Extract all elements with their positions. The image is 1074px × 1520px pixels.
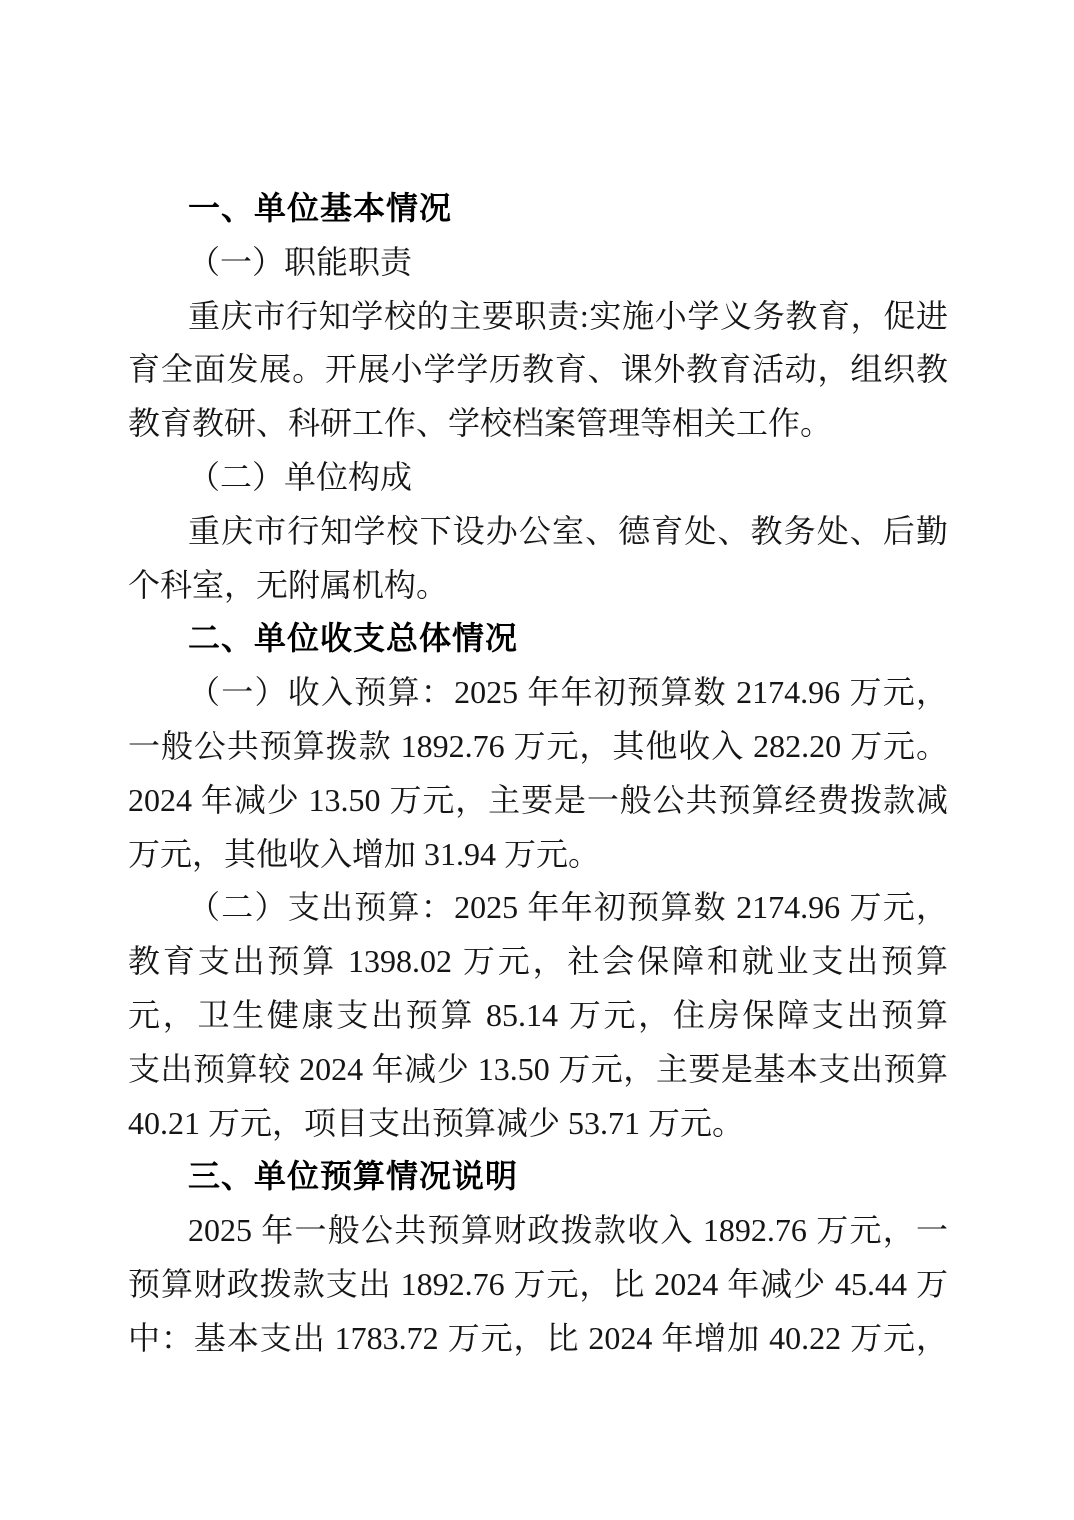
document-page: 一、单位基本情况 （一）职能职责 重庆市行知学校的主要职责:实施小学义务教育，促… bbox=[0, 0, 1074, 1520]
paragraph-line: （二）支出预算：2025 年年初预算数 2174.96 万元，其中： bbox=[128, 881, 948, 935]
subsection-lead-expenditure-budget: （二）支出预算： bbox=[188, 889, 454, 925]
paragraph-line: 一般公共预算拨款 1892.76 万元，其他收入 282.20 万元。收入较 bbox=[128, 720, 948, 774]
paragraph-line: 重庆市行知学校的主要职责:实施小学义务教育，促进基础教 bbox=[128, 290, 948, 344]
paragraph-line: 2025 年一般公共预算财政拨款收入 1892.76 万元，一般公共 bbox=[128, 1204, 948, 1258]
paragraph-line: 元，卫生健康支出预算 85.14 万元，住房保障支出预算 87.65 万元。 bbox=[128, 989, 948, 1043]
paragraph-line: 教育教研、科研工作、学校档案管理等相关工作。 bbox=[128, 397, 948, 451]
paragraph-line: （一）收入预算：2025 年年初预算数 2174.96 万元，其中： bbox=[128, 666, 948, 720]
paragraph-line: 中：基本支出 1783.72 万元，比 2024 年增加 40.22 万元，主要… bbox=[128, 1312, 948, 1366]
subsection-heading-1-1: （一）职能职责 bbox=[128, 236, 948, 290]
paragraph-line: 重庆市行知学校下设办公室、德育处、教务处、后勤处四个 bbox=[128, 505, 948, 559]
subsection-heading-1-2: （二）单位构成 bbox=[128, 451, 948, 505]
section-heading-2: 二、单位收支总体情况 bbox=[128, 612, 948, 666]
section-heading-1: 一、单位基本情况 bbox=[128, 182, 948, 236]
paragraph-line: 育全面发展。开展小学学历教育、课外教育活动，组织教师开展 bbox=[128, 343, 948, 397]
paragraph-line: 教育支出预算 1398.02 万元，社会保障和就业支出预算 321.96 万 bbox=[128, 935, 948, 989]
paragraph-line: 支出预算较 2024 年减少 13.50 万元，主要是基本支出预算增加 bbox=[128, 1043, 948, 1097]
section-heading-3: 三、单位预算情况说明 bbox=[128, 1150, 948, 1204]
paragraph-line: 预算财政拨款支出 1892.76 万元，比 2024 年减少 45.44 万元。… bbox=[128, 1258, 948, 1312]
paragraph-line: 个科室，无附属机构。 bbox=[128, 559, 948, 613]
paragraph-line: 万元，其他收入增加 31.94 万元。 bbox=[128, 828, 948, 882]
paragraph-line: 40.21 万元，项目支出预算减少 53.71 万元。 bbox=[128, 1097, 948, 1151]
document-body: 一、单位基本情况 （一）职能职责 重庆市行知学校的主要职责:实施小学义务教育，促… bbox=[128, 182, 948, 1366]
paragraph-line: 2024 年减少 13.50 万元，主要是一般公共预算经费拨款减少 45.44 bbox=[128, 774, 948, 828]
subsection-lead-income-budget: （一）收入预算： bbox=[188, 674, 454, 710]
